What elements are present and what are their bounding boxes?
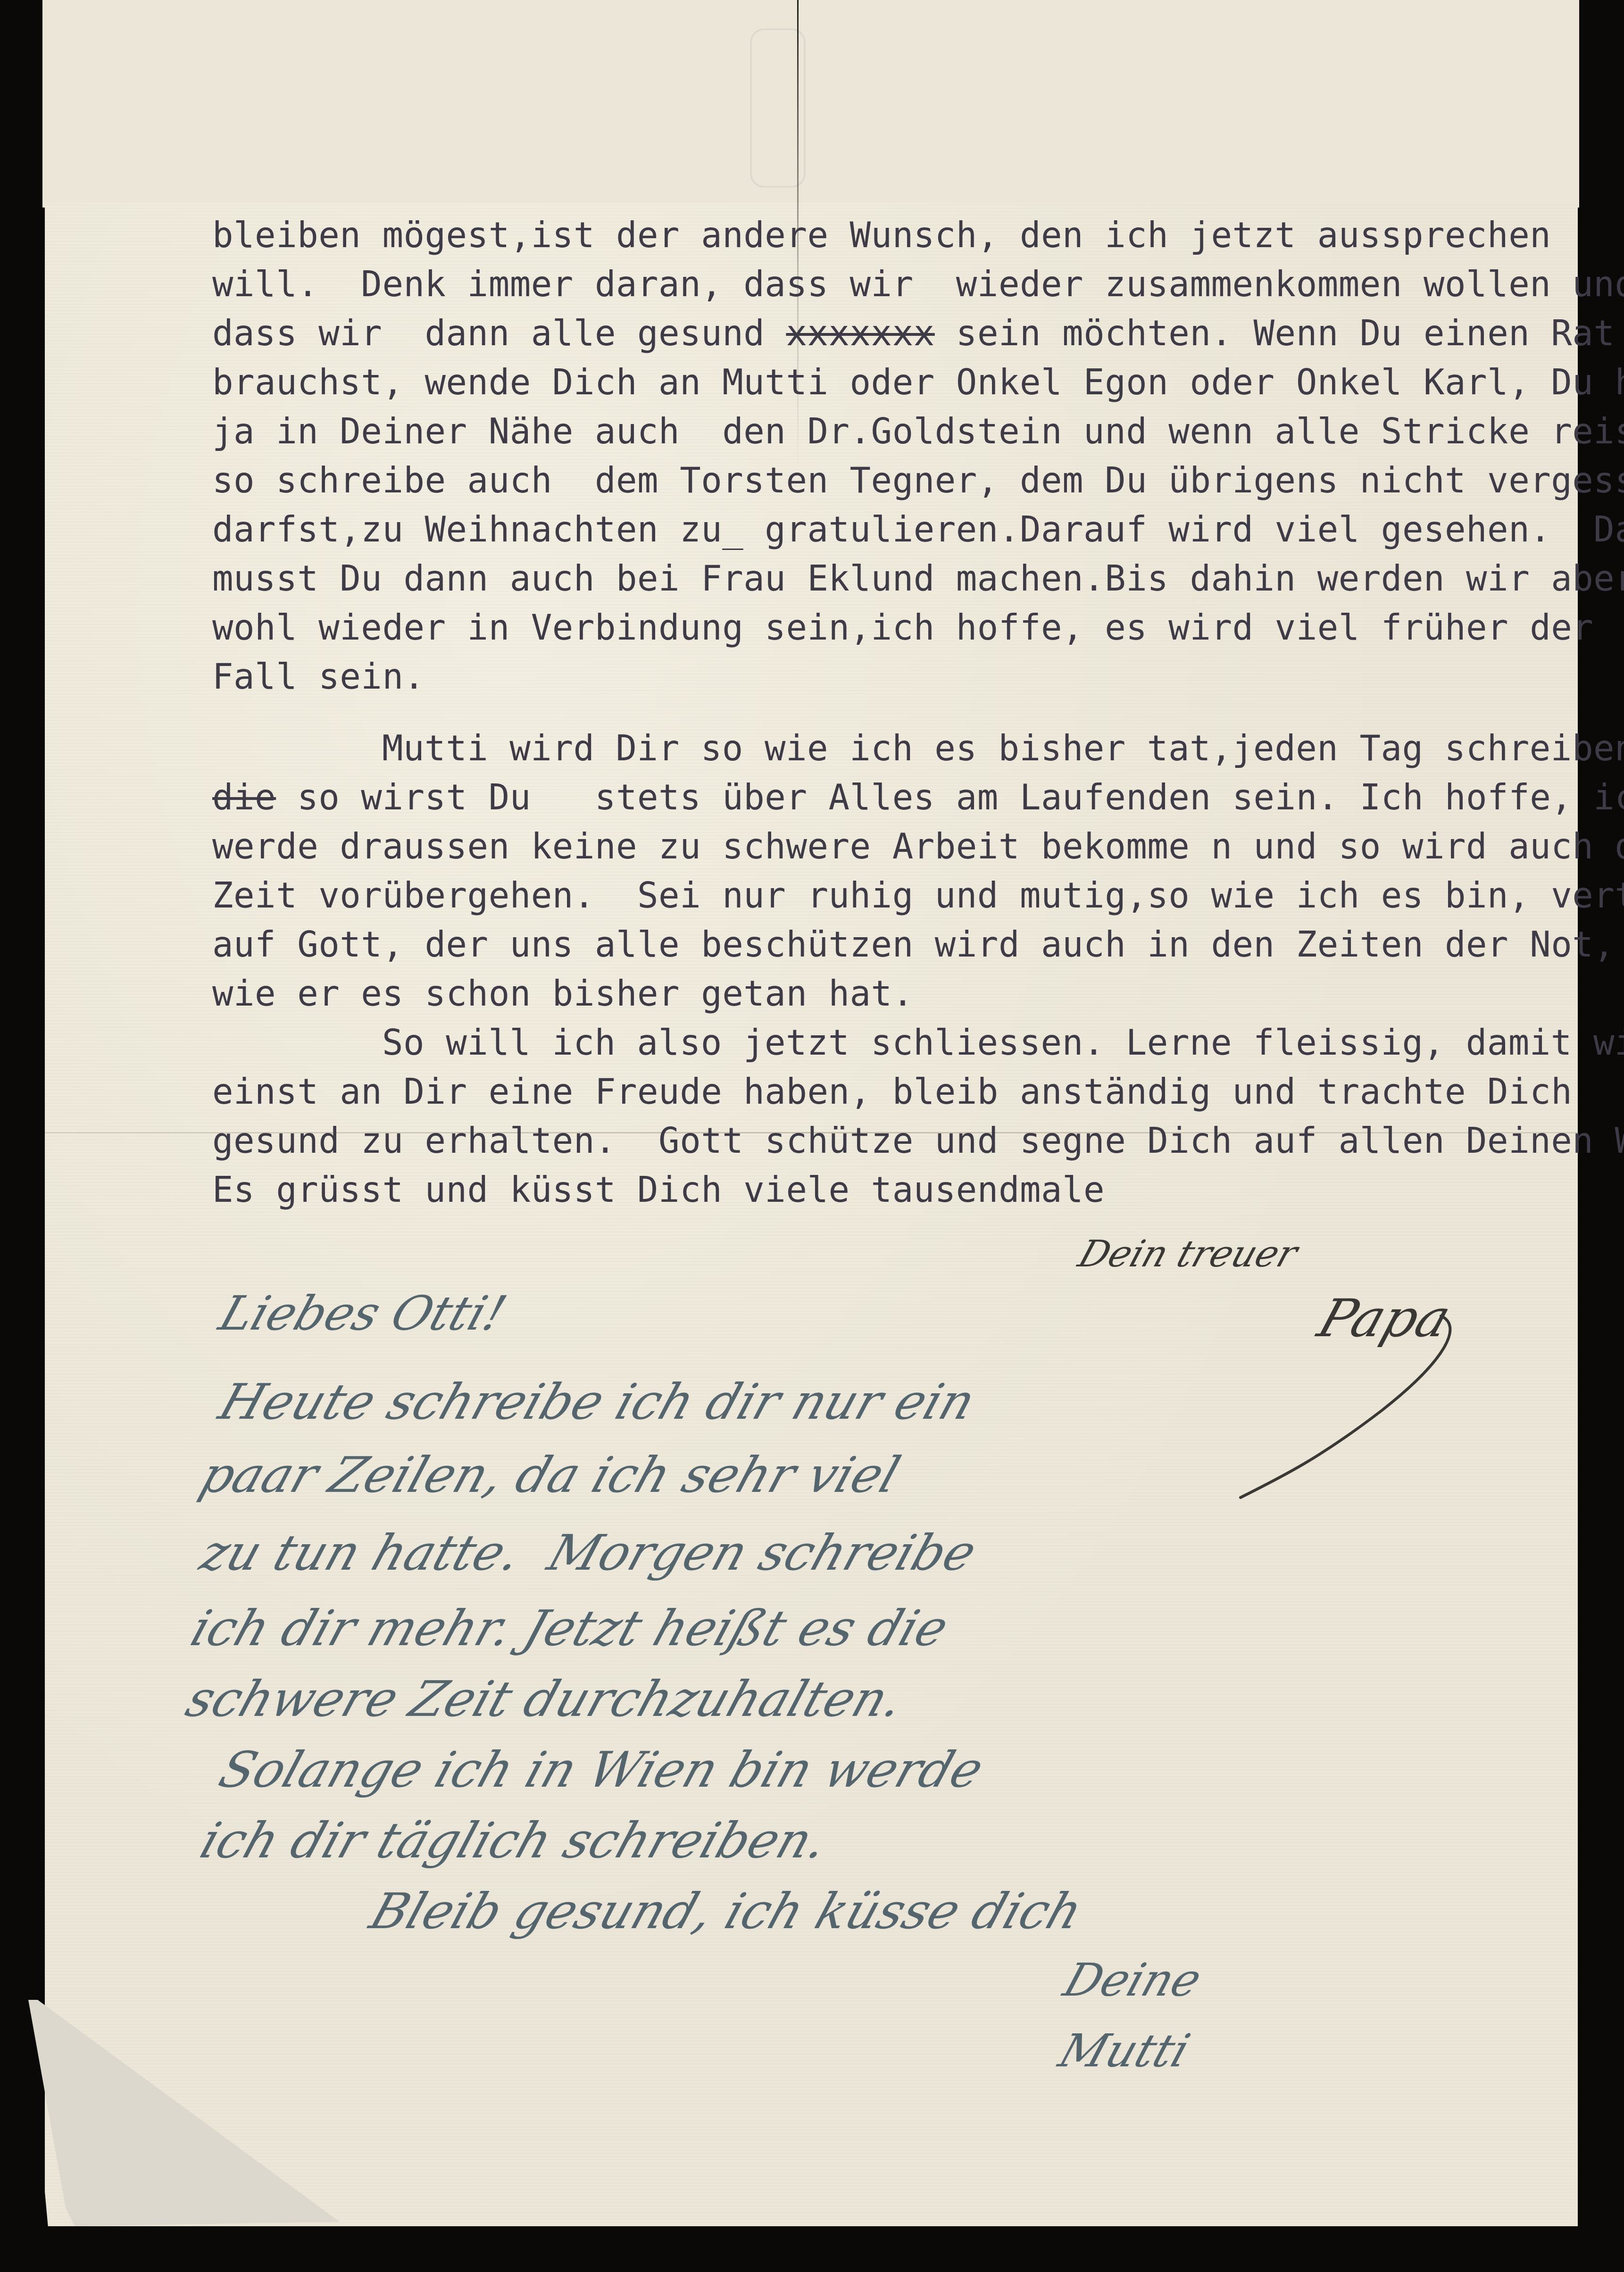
typed-line: So will ich also jetzt schliessen. Lerne… [382, 1025, 1624, 1060]
note-line: Solange ich in Wien bin werde [214, 1745, 989, 1794]
typed-line: gesund zu erhalten. Gott schütze und seg… [212, 1124, 1624, 1158]
signature-flourish [1226, 1302, 1462, 1500]
typed-segment: sein möchten. Wenn Du einen Rat [935, 313, 1615, 354]
typed-line: Fall sein. [212, 659, 425, 694]
typed-line: Zeit vorübergehen. Sei nur ruhig und mut… [212, 878, 1624, 913]
typed-line: brauchst, wende Dich an Mutti oder Onkel… [212, 365, 1624, 400]
typed-segment: dass wir dann alle gesund [212, 313, 786, 354]
paper-sheet-top [42, 0, 1579, 208]
typed-line: einst an Dir eine Freude haben, bleib an… [212, 1074, 1572, 1109]
note-line: schwere Zeit durchzuhalten. [181, 1674, 909, 1723]
typed-line: Mutti wird Dir so wie ich es bisher tat,… [382, 731, 1624, 766]
typed-segment: so wirst Du stets über Alles am Laufende… [276, 777, 1624, 818]
typed-line: dass wir dann alle gesund xxxxxxx sein m… [212, 316, 1615, 351]
struck-out-text: xxxxxxx [786, 313, 934, 354]
note-line: Heute schreibe ich dir nur ein [214, 1377, 981, 1426]
struck-out-text: die [212, 777, 276, 818]
typed-line: auf Gott, der uns alle beschützen wird a… [212, 927, 1624, 962]
note-closing: Deine [1058, 1957, 1207, 2003]
typed-line: werde draussen keine zu schwere Arbeit b… [212, 829, 1624, 864]
note-line: paar Zeilen, da ich sehr viel [195, 1450, 906, 1499]
note-line: zu tun hatte. Morgen schreibe [195, 1528, 982, 1577]
typed-line: so schreibe auch dem Torsten Tegner, dem… [212, 463, 1624, 498]
typed-line: musst Du dann auch bei Frau Eklund mache… [212, 561, 1624, 596]
signature-greeting: Dein treuer [1074, 1236, 1302, 1273]
typed-line: will. Denk immer daran, dass wir wieder … [212, 267, 1624, 302]
typed-line: wohl wieder in Verbindung sein,ich hoffe… [212, 610, 1593, 645]
typed-line: wie er es schon bisher getan hat. [212, 976, 914, 1011]
note-signature-mutti: Mutti [1054, 2028, 1195, 2073]
typed-line: Es grüsst und küsst Dich viele tausendma… [212, 1173, 1105, 1207]
note-line: ich dir täglich schreiben. [195, 1816, 833, 1865]
note-salutation: Liebes Otti! [214, 1290, 512, 1337]
note-line: ich dir mehr. Jetzt heißt es die [185, 1604, 954, 1653]
typed-line: ja in Deiner Nähe auch den Dr.Goldstein … [212, 414, 1624, 449]
note-line: Bleib gesund, ich küsse dich [365, 1887, 1088, 1936]
typed-line: darfst,zu Weihnachten zu_ gratulieren.Da… [212, 512, 1624, 547]
typed-line: bleiben mögest,ist der andere Wunsch, de… [212, 218, 1551, 253]
typed-line: die so wirst Du stets über Alles am Lauf… [212, 780, 1624, 815]
